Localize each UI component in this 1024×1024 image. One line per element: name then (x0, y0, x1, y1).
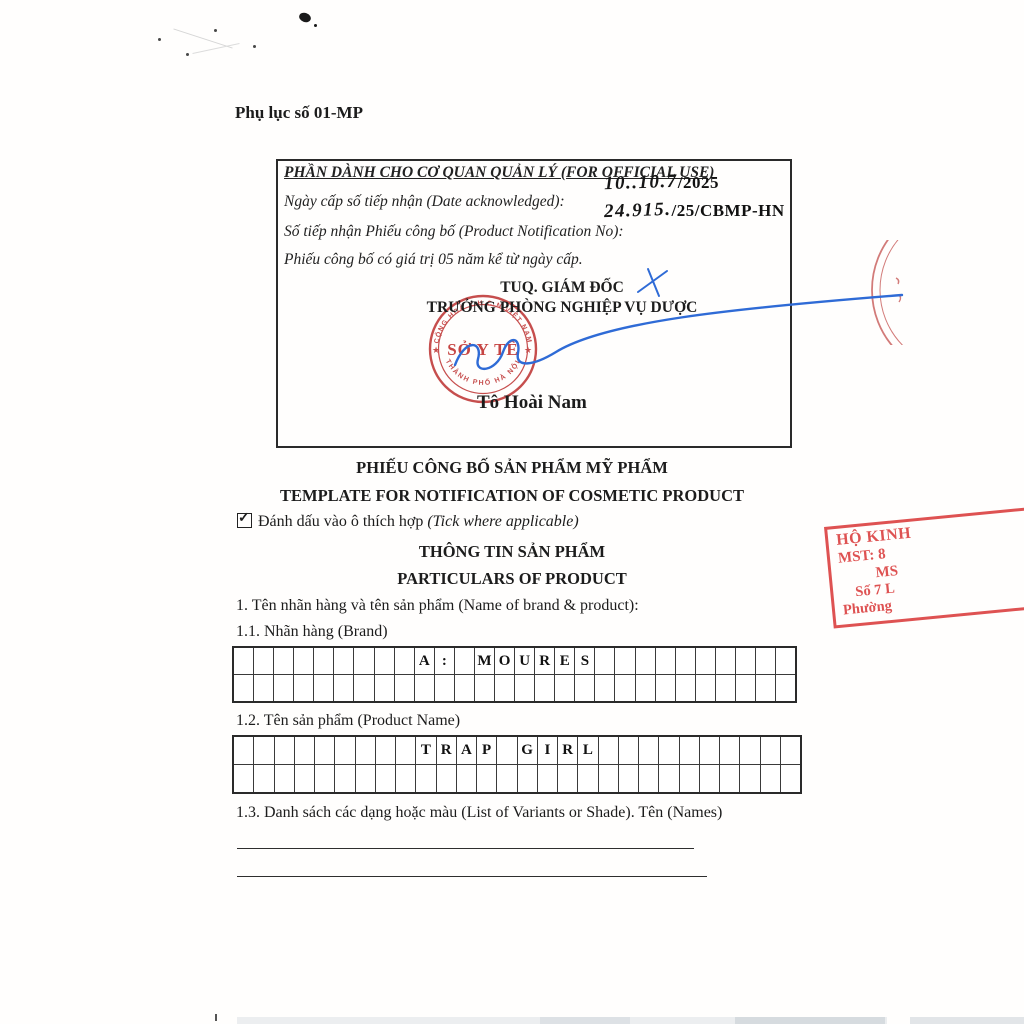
char-cell (275, 765, 295, 792)
char-cell (274, 675, 294, 701)
char-cell (515, 675, 535, 701)
char-cell (619, 765, 639, 792)
char-cell (497, 765, 517, 792)
char-cell (736, 648, 756, 674)
char-cell (457, 765, 477, 792)
char-cell (538, 765, 558, 792)
form-title-vi: PHIẾU CÔNG BỐ SẢN PHẨM MỸ PHẨM (0, 458, 1024, 478)
char-cell (636, 675, 656, 701)
notification-no-label: Số tiếp nhận Phiếu công bố (Product Noti… (284, 223, 624, 241)
char-cell: L (578, 737, 598, 764)
char-cell (700, 737, 720, 764)
char-cell (274, 648, 294, 674)
printed-notification-no: /25/CBMP-HN (672, 201, 785, 220)
char-cell (234, 675, 254, 701)
brand-character-grid: A:MOURES (232, 646, 797, 703)
char-cell (595, 675, 615, 701)
char-cell (354, 675, 374, 701)
char-cell (696, 675, 716, 701)
char-cell (639, 737, 659, 764)
form-title-en: TEMPLATE FOR NOTIFICATION OF COSMETIC PR… (0, 486, 1024, 506)
char-cell (396, 737, 416, 764)
char-cell (254, 675, 274, 701)
ink-dot (253, 45, 256, 48)
char-cell (375, 648, 395, 674)
ink-dot (314, 24, 317, 27)
char-cell (676, 648, 696, 674)
char-cell (555, 675, 575, 701)
char-cell: T (416, 737, 436, 764)
char-cell (599, 737, 619, 764)
char-cell (736, 675, 756, 701)
char-cell (615, 675, 635, 701)
check-icon: ✓ (238, 510, 250, 527)
ink-dot (158, 38, 161, 41)
date-acknowledged-label: Ngày cấp số tiếp nhận (Date acknowledged… (284, 193, 565, 211)
char-cell (680, 765, 700, 792)
tick-instruction-line: ✓Đánh dấu vào ô thích hợp (Tick where ap… (237, 511, 579, 531)
char-cell (696, 648, 716, 674)
char-cell (376, 765, 396, 792)
item-1-3-label: 1.3. Danh sách các dạng hoặc màu (List o… (236, 804, 722, 822)
char-cell (639, 765, 659, 792)
grid-row: A:MOURES (234, 648, 795, 675)
char-cell (656, 648, 676, 674)
char-cell (636, 648, 656, 674)
char-cell: I (538, 737, 558, 764)
char-cell (578, 765, 598, 792)
char-cell (756, 675, 776, 701)
char-cell (334, 648, 354, 674)
char-cell (720, 765, 740, 792)
char-cell: M (475, 648, 495, 674)
char-cell (776, 675, 795, 701)
char-cell (716, 675, 736, 701)
scan-edge-band (540, 1017, 630, 1024)
char-cell (680, 737, 700, 764)
write-in-line-2 (237, 876, 707, 877)
char-cell (416, 765, 436, 792)
char-cell (656, 675, 676, 701)
char-cell (518, 765, 538, 792)
char-cell (376, 737, 396, 764)
printed-date-year: /2025 (678, 173, 719, 192)
char-cell (776, 648, 795, 674)
tick-instruction-en: (Tick where applicable) (423, 513, 578, 530)
char-cell (659, 765, 679, 792)
char-cell: A (457, 737, 477, 764)
char-cell (497, 737, 517, 764)
char-cell: U (515, 648, 535, 674)
char-cell (716, 648, 736, 674)
char-cell (415, 675, 435, 701)
char-cell (356, 765, 376, 792)
char-cell (315, 737, 335, 764)
handwritten-date: 10..10.7 (604, 171, 678, 196)
char-cell (234, 737, 254, 764)
ink-smudge (298, 11, 312, 24)
char-cell (659, 737, 679, 764)
char-cell (375, 675, 395, 701)
char-cell: E (555, 648, 575, 674)
char-cell (700, 765, 720, 792)
char-cell (558, 765, 578, 792)
char-cell (437, 765, 457, 792)
char-cell (295, 765, 315, 792)
char-cell (315, 765, 335, 792)
char-cell (396, 765, 416, 792)
char-cell (395, 675, 415, 701)
char-cell (314, 648, 334, 674)
char-cell (275, 737, 295, 764)
char-cell (395, 648, 415, 674)
char-cell (619, 737, 639, 764)
grid-row: TRAPGIRL (234, 737, 800, 765)
scan-edge-band (910, 1017, 1024, 1024)
char-cell (781, 737, 800, 764)
tick-checkbox: ✓ (237, 513, 252, 528)
char-cell (294, 675, 314, 701)
char-cell: R (558, 737, 578, 764)
item-1-1-label: 1.1. Nhãn hàng (Brand) (236, 623, 388, 641)
business-household-stamp: HỘ KINH MST: 8 MS Số 7 L Phường (824, 506, 1024, 628)
char-cell (435, 675, 455, 701)
char-cell (535, 675, 555, 701)
char-cell (599, 765, 619, 792)
char-cell (295, 737, 315, 764)
char-cell (455, 675, 475, 701)
char-cell (455, 648, 475, 674)
char-cell: O (495, 648, 515, 674)
char-cell (575, 675, 595, 701)
char-cell (615, 648, 635, 674)
signature-ink (420, 262, 920, 402)
char-cell (720, 737, 740, 764)
char-cell: : (435, 648, 455, 674)
char-cell (756, 648, 776, 674)
char-cell (781, 765, 800, 792)
ink-tick-mark (215, 1014, 217, 1021)
product-name-character-grid: TRAPGIRL (232, 735, 802, 794)
char-cell (595, 648, 615, 674)
tick-instruction-vi: Đánh dấu vào ô thích hợp (258, 513, 423, 530)
char-cell (477, 765, 497, 792)
char-cell (740, 737, 760, 764)
notification-no-value: 24.915./25/CBMP-HN (604, 200, 785, 222)
char-cell (335, 737, 355, 764)
grid-row (234, 765, 800, 792)
char-cell (354, 648, 374, 674)
ink-dot (214, 29, 217, 32)
char-cell (356, 737, 376, 764)
char-cell (234, 648, 254, 674)
char-cell: A (415, 648, 435, 674)
char-cell: G (518, 737, 538, 764)
ink-dot (186, 53, 189, 56)
char-cell (234, 765, 254, 792)
appendix-label: Phụ lục số 01-MP (235, 103, 363, 123)
item-1-2-label: 1.2. Tên sản phẩm (Product Name) (236, 712, 460, 730)
scanned-document-page: Phụ lục số 01-MP PHẦN DÀNH CHO CƠ QUAN Q… (0, 0, 1024, 1024)
grid-row (234, 675, 795, 701)
scan-edge-band (735, 1017, 885, 1024)
char-cell (314, 675, 334, 701)
char-cell (254, 648, 274, 674)
char-cell (495, 675, 515, 701)
date-acknowledged-value: 10..10.7/2025 (604, 172, 719, 194)
signer-name: Tô Hoài Nam (477, 392, 587, 414)
char-cell (761, 737, 781, 764)
char-cell (254, 737, 274, 764)
char-cell: R (535, 648, 555, 674)
char-cell: S (575, 648, 595, 674)
write-in-line-1 (237, 848, 694, 849)
scratch-mark (192, 43, 239, 54)
char-cell (475, 675, 495, 701)
char-cell (254, 765, 274, 792)
char-cell (294, 648, 314, 674)
char-cell (761, 765, 781, 792)
char-cell: R (437, 737, 457, 764)
char-cell (335, 765, 355, 792)
handwritten-notification-no: 24.915. (604, 199, 672, 223)
char-cell (676, 675, 696, 701)
char-cell: P (477, 737, 497, 764)
char-cell (740, 765, 760, 792)
char-cell (334, 675, 354, 701)
item-1-label: 1. Tên nhãn hàng và tên sản phẩm (Name o… (236, 597, 639, 615)
